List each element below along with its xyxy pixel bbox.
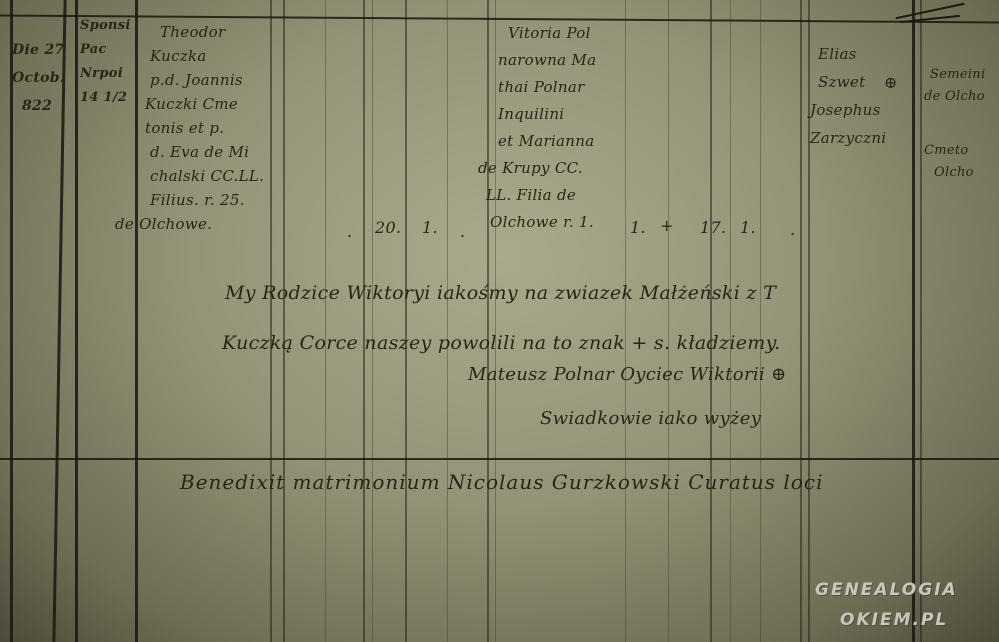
watermark-line-1: GENEALOGIA [815, 580, 958, 600]
consent-line-3: Mateusz Polnar Oyciec Wiktorii ⊕ [468, 364, 786, 385]
column-rule [447, 0, 448, 642]
remarks-line: Olcho [924, 162, 985, 184]
bride-stat: + [660, 216, 674, 235]
column-rule [760, 0, 761, 642]
column-rule [920, 0, 922, 642]
witness-cross-mark-icon: ⊕ [884, 73, 897, 92]
column-rule [405, 0, 407, 642]
remarks-line: de Olcho [924, 86, 985, 108]
groom-line: d. Eva de Mi [140, 140, 264, 164]
house-line: Sponsi [80, 14, 131, 38]
bride-line: LL. Filia de [486, 182, 596, 209]
column-rule [730, 0, 731, 642]
remarks-line: Semeini [924, 64, 985, 86]
column-rule [270, 0, 272, 642]
date-month: Octob. [12, 64, 65, 92]
column-rule [487, 0, 489, 642]
entry-separator-rule [0, 458, 999, 460]
benediction-line: Benedixit matrimonium Nicolaus Gurzkowsk… [180, 470, 823, 494]
column-rule [800, 0, 802, 642]
column-rule [710, 0, 712, 642]
remarks-column: Semeini de Olcho Cmeto Olcho [924, 64, 985, 184]
groom-line: p.d. Joannis [140, 68, 264, 92]
groom-line: tonis et p. [140, 116, 264, 140]
house-line: Nrpoi [80, 62, 131, 86]
date-year: 822 [12, 92, 65, 120]
bride-line: de Krupy CC. [478, 155, 596, 182]
bride-stat: . [790, 220, 795, 239]
bride-age: 17. [700, 218, 726, 237]
groom-line: Theodor [140, 20, 264, 44]
date-column: Die 27 Octob. 822 [12, 36, 65, 120]
bride-line: thai Polnar [498, 74, 596, 101]
bride-column: Vitoria Pol narowna Ma thai Polnar Inqui… [498, 20, 596, 236]
watermark-line-2: OKIEM.PL [840, 610, 948, 630]
column-rule [668, 0, 669, 642]
groom-stat: . [347, 222, 352, 241]
groom-line: chalski CC.LL. [140, 164, 264, 188]
witness-line: Elias [810, 40, 886, 68]
register-page: Die 27 Octob. 822 Sponsi Pac Nrpoi 14 1/… [0, 0, 999, 642]
groom-stat: 1. [422, 218, 438, 237]
bride-stat: 1. [630, 218, 646, 237]
column-rule [495, 0, 496, 642]
column-rule [363, 0, 365, 642]
column-rule [75, 0, 78, 642]
groom-line: de Olchowe. [115, 212, 264, 236]
bride-stat: 1. [740, 218, 756, 237]
groom-line: Kuczka [140, 44, 264, 68]
column-rule [372, 0, 373, 642]
bride-line: Vitoria Pol [498, 20, 596, 47]
groom-stat: . [460, 222, 465, 241]
groom-age: 20. [375, 218, 401, 237]
bride-line: narowna Ma [498, 47, 596, 74]
consent-line-2: Kuczką Corce naszey powolili na to znak … [222, 332, 780, 354]
bride-line: Olchowe r. 1. [490, 209, 596, 236]
remarks-line: Cmeto [924, 140, 985, 162]
groom-column: Theodor Kuczka p.d. Joannis Kuczki Cme t… [140, 20, 264, 236]
column-rule [625, 0, 626, 642]
column-rule [283, 0, 285, 642]
witnesses-column: Elias Szwet Josephus Zarzyczni [810, 40, 886, 152]
consent-line-1: My Rodzice Wiktoryi iakośmy na zwiazek M… [225, 282, 776, 304]
column-rule [135, 0, 138, 642]
bride-line: et Marianna [498, 128, 596, 155]
consent-line-4: Swiadkowie iako wyżey [540, 408, 761, 429]
date-day: Die 27 [12, 36, 65, 64]
groom-line: Kuczki Cme [140, 92, 264, 116]
witness-line: Zarzyczni [810, 124, 886, 152]
bride-line: Inquilini [498, 101, 596, 128]
column-rule [325, 0, 326, 642]
house-column: Sponsi Pac Nrpoi 14 1/2 [80, 14, 131, 110]
witness-line: Josephus [810, 96, 886, 124]
groom-line: Filius. r. 25. [140, 188, 264, 212]
house-line: Pac [80, 38, 131, 62]
witness-line: Szwet [810, 68, 886, 96]
column-rule [912, 0, 915, 642]
house-line: 14 1/2 [80, 86, 131, 110]
